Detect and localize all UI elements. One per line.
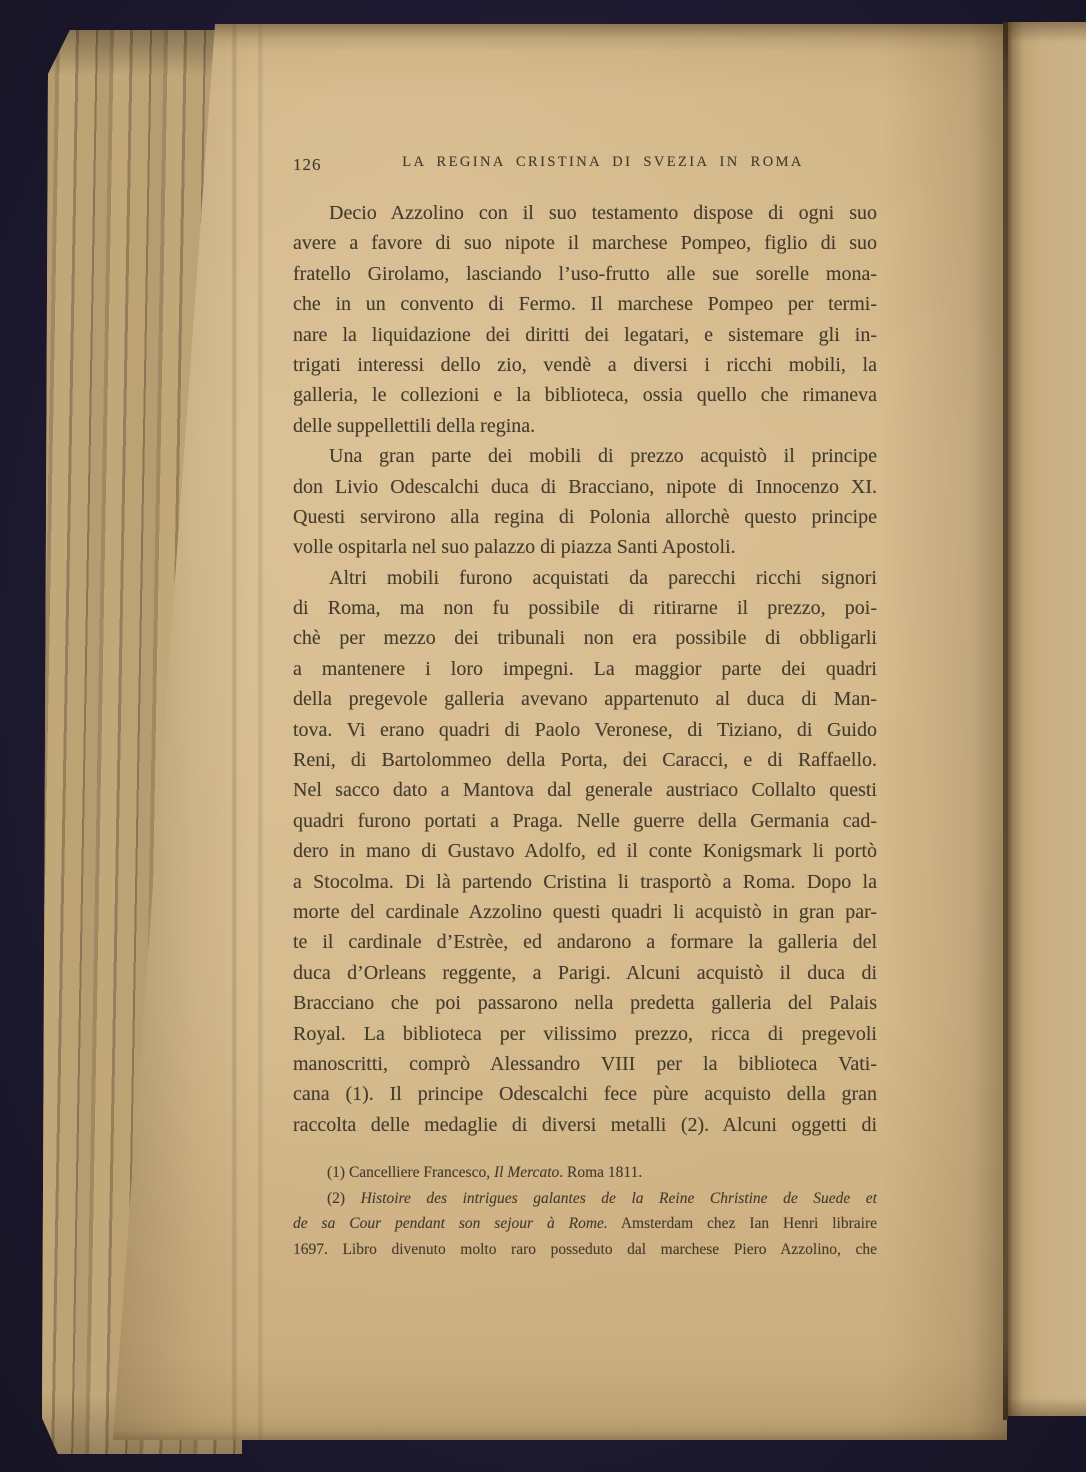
footnote-line: de sa Cour pendant son sejour à Rome. Am…	[293, 1211, 877, 1237]
italic-text: Il Mercato	[494, 1164, 559, 1181]
roman-text: Amsterdam chez Ian Henri libraire	[608, 1215, 877, 1232]
printed-text-layer: 126 LA REGINA CRISTINA DI SVEZIA IN ROMA…	[293, 154, 877, 1262]
text-line: nare la liquidazione dei diritti dei leg…	[293, 320, 877, 350]
page-fold-creases	[231, 24, 279, 1440]
page-number: 126	[293, 155, 322, 175]
footnote-line: (2) Histoire des intrigues galantes de l…	[293, 1186, 877, 1212]
text-line: chè per mezzo dei tribunali non era poss…	[293, 623, 877, 653]
paragraph: Decio Azzolino con il suo testamento dis…	[293, 198, 877, 441]
text-line: cana (1). Il principe Odescalchi fece pù…	[293, 1079, 877, 1109]
text-line: volle ospitarla nel suo palazzo di piazz…	[293, 532, 877, 562]
text-line: a mantenere i loro impegni. La maggior p…	[293, 654, 877, 684]
text-line: dero in mano di Gustavo Adolfo, ed il co…	[293, 836, 877, 866]
text-line: Una gran parte dei mobili di prezzo acqu…	[293, 441, 877, 471]
text-line: Nel sacco dato a Mantova dal generale au…	[293, 775, 877, 805]
book-scan-scene: 126 LA REGINA CRISTINA DI SVEZIA IN ROMA…	[0, 0, 1086, 1472]
text-line: te il cardinale d’Estrèe, ed andarono a …	[293, 927, 877, 957]
text-line: quadri furono portati a Praga. Nelle gue…	[293, 806, 877, 836]
text-line: Royal. La biblioteca per vilissimo prezz…	[293, 1019, 877, 1049]
text-line: duca d’Orleans reggente, a Parigi. Alcun…	[293, 958, 877, 988]
text-line: Questi servirono alla regina di Polonia …	[293, 502, 877, 532]
text-line: morte del cardinale Azzolino questi quad…	[293, 897, 877, 927]
text-line: Decio Azzolino con il suo testamento dis…	[293, 198, 877, 228]
paragraph: Una gran parte dei mobili di prezzo acqu…	[293, 441, 877, 563]
text-line: Bracciano che poi passarono nella predet…	[293, 988, 877, 1018]
text-line: a Stocolma. Di là partendo Cristina li t…	[293, 867, 877, 897]
running-head-row: 126 LA REGINA CRISTINA DI SVEZIA IN ROMA	[293, 154, 877, 176]
footnote: (1) Cancelliere Francesco, Il Mercato. R…	[293, 1160, 877, 1186]
footnote: (2) Histoire des intrigues galantes de l…	[293, 1186, 877, 1263]
text-line: di Roma, ma non fu possibile di ritirarn…	[293, 593, 877, 623]
text-line: raccolta delle medaglie di diversi metal…	[293, 1110, 877, 1140]
paragraph: Altri mobili furono acquistati da parecc…	[293, 563, 877, 1140]
facing-page-edge	[1008, 22, 1086, 1416]
text-line: manoscritti, comprò Alessandro VIII per …	[293, 1049, 877, 1079]
italic-text: de sa Cour pendant son sejour à Rome.	[293, 1215, 608, 1232]
text-line: Altri mobili furono acquistati da parecc…	[293, 563, 877, 593]
text-line: Reni, di Bartolommeo della Porta, dei Ca…	[293, 745, 877, 775]
footnote-line: (1) Cancelliere Francesco, Il Mercato. R…	[293, 1160, 877, 1186]
text-line: don Livio Odescalchi duca di Bracciano, …	[293, 472, 877, 502]
text-line: che in un convento di Fermo. Il marchese…	[293, 289, 877, 319]
body-text: Decio Azzolino con il suo testamento dis…	[293, 198, 877, 1140]
footnote-line: 1697. Libro divenuto molto raro possedut…	[293, 1237, 877, 1263]
roman-text: . Roma 1811.	[559, 1164, 642, 1181]
text-line: trigati interessi dello zio, vendè a div…	[293, 350, 877, 380]
roman-text: 1697. Libro divenuto molto raro possedut…	[293, 1241, 877, 1258]
text-line: tova. Vi erano quadri di Paolo Veronese,…	[293, 715, 877, 745]
text-line: delle suppellettili della regina.	[293, 411, 877, 441]
text-line: fratello Girolamo, lasciando l’uso-frutt…	[293, 259, 877, 289]
roman-text: (1) Cancelliere Francesco,	[327, 1164, 494, 1181]
text-line: avere a favore di suo nipote il marchese…	[293, 228, 877, 258]
footnotes: (1) Cancelliere Francesco, Il Mercato. R…	[293, 1160, 877, 1262]
text-line: galleria, le collezioni e la biblioteca,…	[293, 380, 877, 410]
text-line: della pregevole galleria avevano apparte…	[293, 684, 877, 714]
running-header: LA REGINA CRISTINA DI SVEZIA IN ROMA	[293, 154, 877, 171]
roman-text: (2)	[327, 1190, 361, 1207]
italic-text: Histoire des intrigues galantes de la Re…	[361, 1190, 877, 1207]
